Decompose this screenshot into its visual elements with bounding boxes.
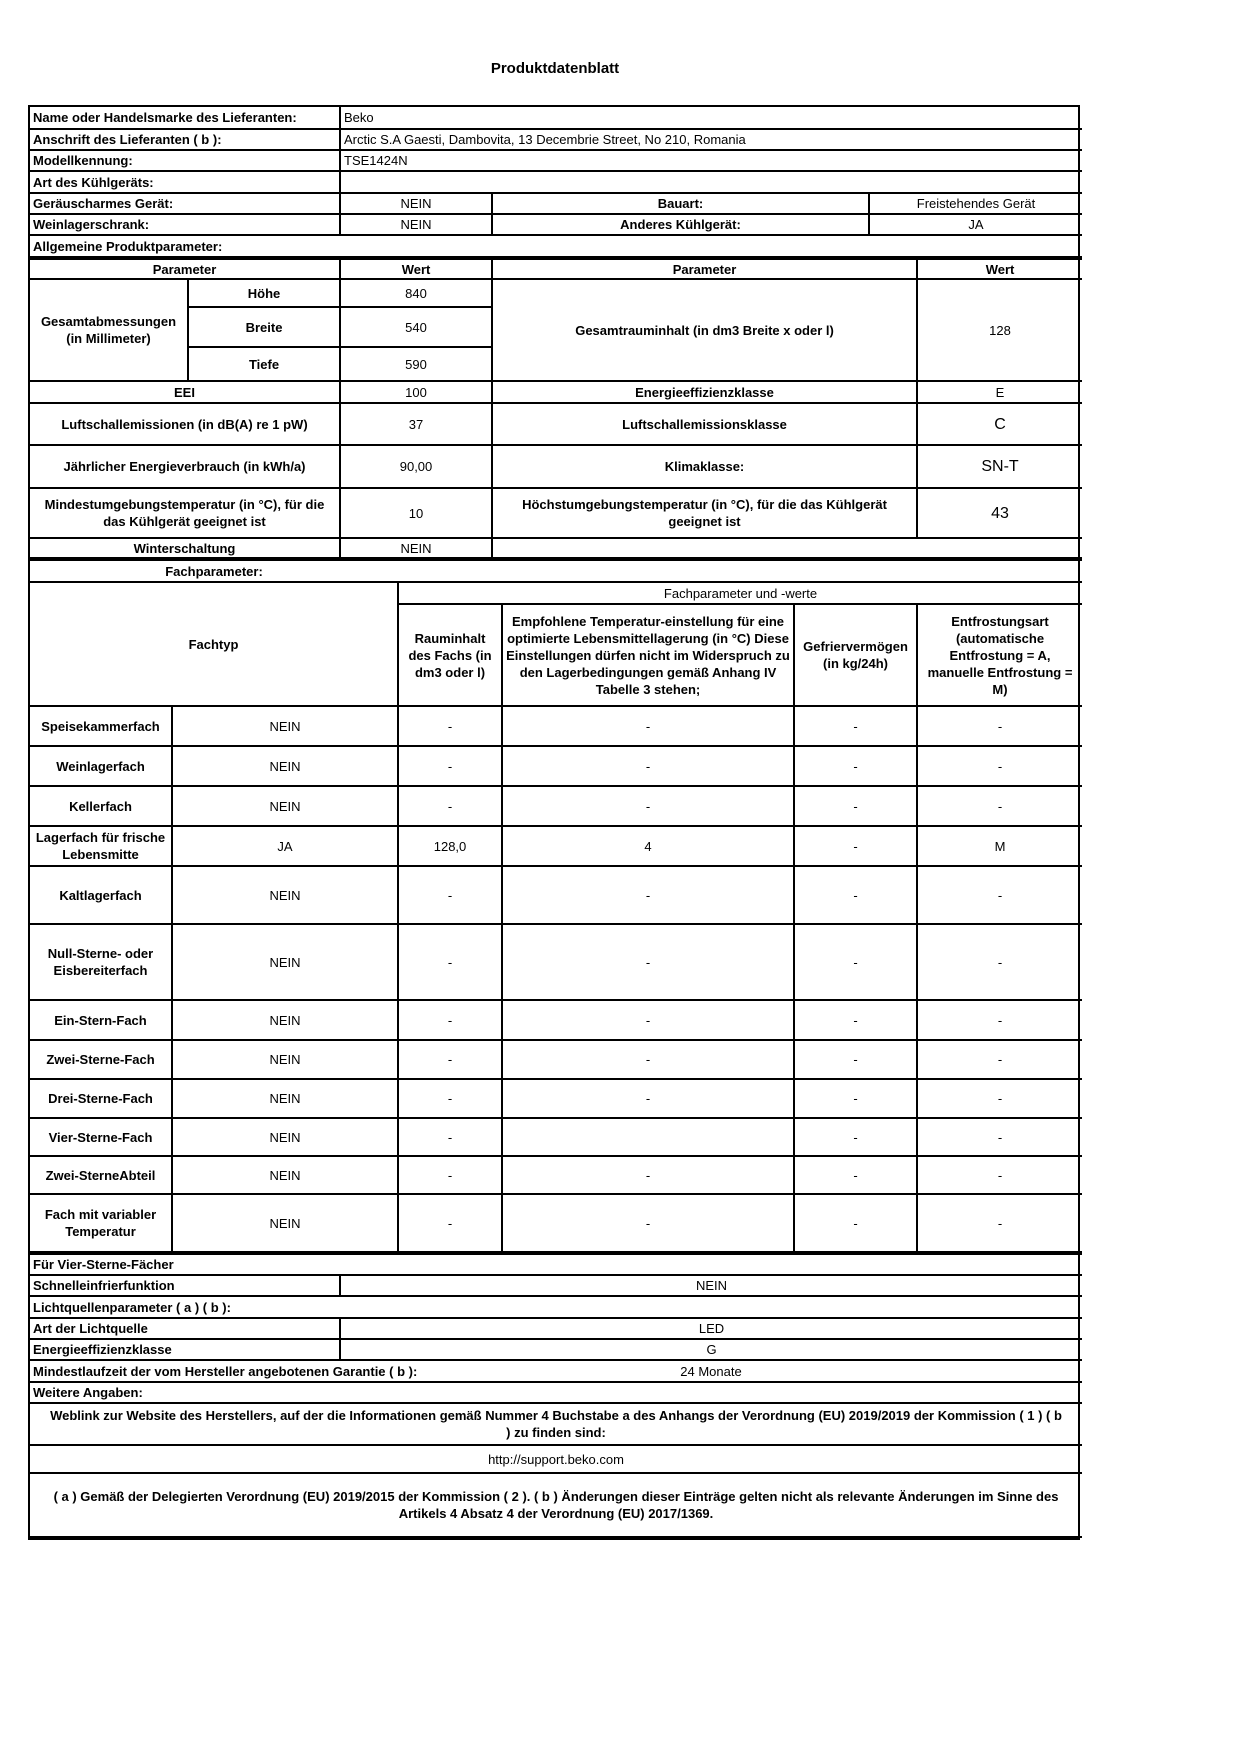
eei-label: EEI (30, 381, 340, 403)
footnote: ( a ) Gemäß der Delegierten Verordnung (… (30, 1473, 1082, 1537)
compartment-volume: 128,0 (398, 826, 502, 866)
compartment-volume: - (398, 866, 502, 924)
compartment-name: Weinlagerfach (30, 746, 172, 786)
noise-label: Luftschallemissionen (in dB(A) re 1 pW) (30, 403, 340, 445)
compartment-volume: - (398, 1156, 502, 1194)
general-params-heading: Allgemeine Produktparameter: (30, 235, 1082, 257)
wine-cabinet-label: Weinlagerschrank: (30, 214, 340, 235)
compartment-row: SpeisekammerfachNEIN---- (30, 706, 1082, 746)
light-type-value: LED (340, 1318, 1082, 1339)
height-value: 840 (340, 279, 492, 307)
compartment-temp: - (502, 1079, 794, 1118)
model-label: Modellkennung: (30, 150, 340, 171)
compartment-name: Kaltlagerfach (30, 866, 172, 924)
compartment-freeze: - (794, 1079, 917, 1118)
compartment-temp: - (502, 924, 794, 1000)
noise-class-value: C (917, 403, 1082, 445)
compartment-defrost: - (917, 1079, 1082, 1118)
compartment-temp: - (502, 1000, 794, 1040)
light-type-label: Art der Lichtquelle (30, 1318, 340, 1339)
compartment-defrost: - (917, 1040, 1082, 1079)
freeze-header: Gefriervermögen (in kg/24h) (794, 604, 917, 706)
compartment-volume: - (398, 924, 502, 1000)
compartment-temp: - (502, 786, 794, 826)
climate-class-value: SN-T (917, 445, 1082, 488)
compartment-row: Null-Sterne- oder EisbereiterfachNEIN---… (30, 924, 1082, 1000)
page-title: Produktdatenblatt (0, 60, 1110, 77)
compartment-freeze: - (794, 706, 917, 746)
compartment-present: NEIN (172, 1118, 398, 1156)
compartment-values-header: Fachparameter und -werte (398, 582, 1082, 604)
compartment-type-header: Fachtyp (30, 582, 398, 706)
compartment-rows: SpeisekammerfachNEIN----WeinlagerfachNEI… (30, 706, 1082, 1252)
four-star-heading: Für Vier-Sterne-Fächer (30, 1254, 1082, 1275)
annual-energy-label: Jährlicher Energieverbrauch (in kWh/a) (30, 445, 340, 488)
compartment-temp: - (502, 706, 794, 746)
compartment-name: Drei-Sterne-Fach (30, 1079, 172, 1118)
compartment-row: KellerfachNEIN---- (30, 786, 1082, 826)
compartment-name: Null-Sterne- oder Eisbereiterfach (30, 924, 172, 1000)
model-value: TSE1424N (340, 150, 1082, 171)
fast-freeze-value: NEIN (340, 1275, 1082, 1296)
compartment-row: WeinlagerfachNEIN---- (30, 746, 1082, 786)
depth-label: Tiefe (188, 347, 340, 381)
annual-energy-value: 90,00 (340, 445, 492, 488)
compartment-row: Vier-Sterne-FachNEIN--- (30, 1118, 1082, 1156)
other-appliance-label: Anderes Kühlgerät: (492, 214, 869, 235)
value-header-right: Wert (917, 259, 1082, 279)
compartment-present: NEIN (172, 1079, 398, 1118)
compartment-row: Zwei-SterneAbteilNEIN---- (30, 1156, 1082, 1194)
compartment-volume: - (398, 786, 502, 826)
design-label: Bauart: (492, 193, 869, 214)
compartment-volume: - (398, 1118, 502, 1156)
light-class-value: G (340, 1339, 1082, 1360)
low-noise-value: NEIN (340, 193, 492, 214)
compartment-present: NEIN (172, 706, 398, 746)
compartment-present: NEIN (172, 866, 398, 924)
dimensions-label: Gesamtabmessungen (in Millimeter) (30, 279, 188, 381)
param-header-left: Parameter (30, 259, 340, 279)
compartment-volume: - (398, 1000, 502, 1040)
further-info-label: Weitere Angaben: (30, 1382, 1082, 1403)
climate-class-label: Klimaklasse: (492, 445, 917, 488)
compartment-freeze: - (794, 826, 917, 866)
value-header-left: Wert (340, 259, 492, 279)
compartment-freeze: - (794, 786, 917, 826)
compartment-name: Zwei-SterneAbteil (30, 1156, 172, 1194)
compartment-volume: - (398, 1194, 502, 1252)
design-value: Freistehendes Gerät (869, 193, 1082, 214)
appliance-type-value (340, 171, 1082, 193)
compartment-present: JA (172, 826, 398, 866)
warranty-label: Mindestlaufzeit der vom Hersteller angeb… (30, 1360, 340, 1382)
compartment-freeze: - (794, 746, 917, 786)
compartment-defrost: - (917, 746, 1082, 786)
appliance-type-label: Art des Kühlgeräts: (30, 171, 340, 193)
compartment-name: Speisekammerfach (30, 706, 172, 746)
compartment-row: Drei-Sterne-FachNEIN---- (30, 1079, 1082, 1118)
winter-value: NEIN (340, 538, 492, 558)
empty-cell (492, 538, 1082, 558)
compartment-present: NEIN (172, 786, 398, 826)
compartment-volume: - (398, 706, 502, 746)
compartment-freeze: - (794, 1194, 917, 1252)
compartment-freeze: - (794, 866, 917, 924)
compartment-volume: - (398, 1040, 502, 1079)
supplier-address-value: Arctic S.A Gaesti, Dambovita, 13 Decembr… (340, 129, 1082, 150)
compartment-defrost: - (917, 1118, 1082, 1156)
compartment-defrost: - (917, 1194, 1082, 1252)
total-volume-value: 128 (917, 279, 1082, 381)
depth-value: 590 (340, 347, 492, 381)
max-temp-label: Höchstumgebungstemperatur (in °C), für d… (492, 488, 917, 538)
compartment-row: Fach mit variabler TemperaturNEIN---- (30, 1194, 1082, 1252)
compartment-present: NEIN (172, 1040, 398, 1079)
warranty-value: 24 Monate (340, 1360, 1082, 1382)
product-data-sheet: Name oder Handelsmarke des Lieferanten: … (28, 105, 1080, 1540)
low-noise-label: Geräuscharmes Gerät: (30, 193, 340, 214)
compartment-volume: - (398, 746, 502, 786)
compartment-temp: - (502, 1156, 794, 1194)
compartment-name: Zwei-Sterne-Fach (30, 1040, 172, 1079)
compartment-freeze: - (794, 1000, 917, 1040)
light-class-label: Energieeffizienzklasse (30, 1339, 340, 1360)
compartments-heading: Fachparameter: (30, 560, 398, 582)
compartment-defrost: M (917, 826, 1082, 866)
winter-label: Winterschaltung (30, 538, 340, 558)
compartment-volume: - (398, 1079, 502, 1118)
eei-value: 100 (340, 381, 492, 403)
compartment-temp: - (502, 866, 794, 924)
compartment-temp: - (502, 1194, 794, 1252)
volume-header: Rauminhalt des Fachs (in dm3 oder l) (398, 604, 502, 706)
defrost-header: Entfrostungsart (automatische Entfrostun… (917, 604, 1082, 706)
compartment-name: Lagerfach für frische Lebensmitte (30, 826, 172, 866)
wine-cabinet-value: NEIN (340, 214, 492, 235)
energy-class-value: E (917, 381, 1082, 403)
supplier-address-label: Anschrift des Lieferanten ( b ): (30, 129, 340, 150)
compartments-table: Fachparameter: Fachtyp Fachparameter und… (30, 559, 1082, 1253)
compartment-freeze: - (794, 1040, 917, 1079)
param-header-right: Parameter (492, 259, 917, 279)
compartment-freeze: - (794, 924, 917, 1000)
compartment-freeze: - (794, 1156, 917, 1194)
compartment-name: Vier-Sterne-Fach (30, 1118, 172, 1156)
compartment-defrost: - (917, 1000, 1082, 1040)
width-label: Breite (188, 307, 340, 347)
min-temp-value: 10 (340, 488, 492, 538)
min-temp-label: Mindestumgebungstemperatur (in °C), für … (30, 488, 340, 538)
energy-class-label: Energieeffizienzklasse (492, 381, 917, 403)
compartment-present: NEIN (172, 1156, 398, 1194)
general-params-table: Parameter Wert Parameter Wert Gesamtabme… (30, 258, 1082, 559)
compartment-defrost: - (917, 866, 1082, 924)
compartment-defrost: - (917, 924, 1082, 1000)
compartment-temp: - (502, 746, 794, 786)
max-temp-value: 43 (917, 488, 1082, 538)
supplier-table: Name oder Handelsmarke des Lieferanten: … (30, 107, 1082, 258)
compartment-present: NEIN (172, 746, 398, 786)
compartment-row: Zwei-Sterne-FachNEIN---- (30, 1040, 1082, 1079)
compartment-present: NEIN (172, 1194, 398, 1252)
compartment-name: Kellerfach (30, 786, 172, 826)
compartment-defrost: - (917, 1156, 1082, 1194)
compartment-present: NEIN (172, 1000, 398, 1040)
compartment-temp (502, 1118, 794, 1156)
heading-spacer (398, 560, 1082, 582)
manufacturer-link[interactable]: http://support.beko.com (488, 1452, 624, 1467)
compartment-row: Ein-Stern-FachNEIN---- (30, 1000, 1082, 1040)
compartment-freeze: - (794, 1118, 917, 1156)
total-volume-label: Gesamtrauminhalt (in dm3 Breite x oder l… (492, 279, 917, 381)
light-heading: Lichtquellenparameter ( a ) ( b ): (30, 1296, 1082, 1318)
temp-header: Empfohlene Temperatur-einstellung für ei… (502, 604, 794, 706)
supplier-name-label: Name oder Handelsmarke des Lieferanten: (30, 107, 340, 129)
manufacturer-url[interactable]: http://support.beko.com (30, 1445, 1082, 1473)
compartment-row: Lagerfach für frische LebensmitteJA128,0… (30, 826, 1082, 866)
compartment-present: NEIN (172, 924, 398, 1000)
fast-freeze-label: Schnelleinfrierfunktion (30, 1275, 340, 1296)
compartment-name: Fach mit variabler Temperatur (30, 1194, 172, 1252)
height-label: Höhe (188, 279, 340, 307)
compartment-name: Ein-Stern-Fach (30, 1000, 172, 1040)
compartment-defrost: - (917, 706, 1082, 746)
supplier-name-value: Beko (340, 107, 1082, 129)
compartment-defrost: - (917, 786, 1082, 826)
noise-value: 37 (340, 403, 492, 445)
additional-table: Für Vier-Sterne-Fächer Schnelleinfrierfu… (30, 1253, 1082, 1538)
compartment-temp: 4 (502, 826, 794, 866)
compartment-temp: - (502, 1040, 794, 1079)
weblink-description: Weblink zur Website des Herstellers, auf… (30, 1403, 1082, 1445)
width-value: 540 (340, 307, 492, 347)
compartment-row: KaltlagerfachNEIN---- (30, 866, 1082, 924)
other-appliance-value: JA (869, 214, 1082, 235)
noise-class-label: Luftschallemissionsklasse (492, 403, 917, 445)
